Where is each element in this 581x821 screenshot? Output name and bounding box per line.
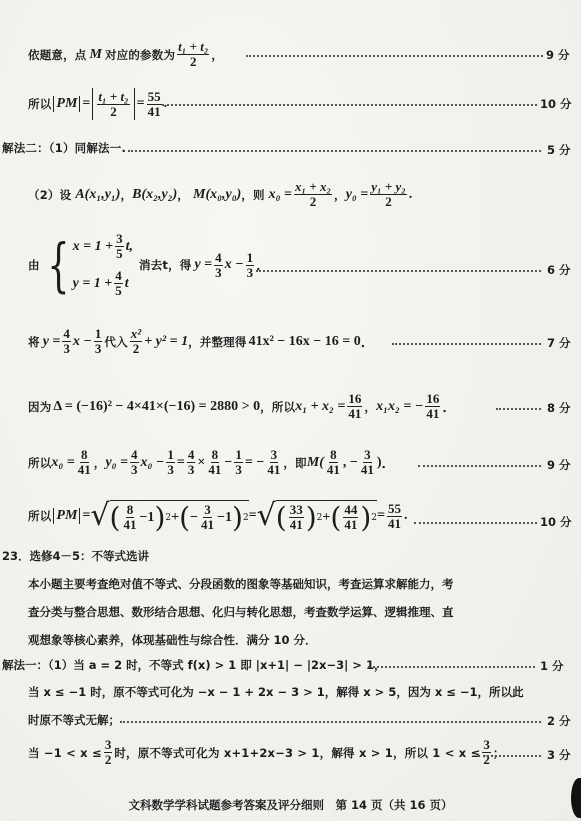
equation-system: x = 1 +35t, y = 1 +45t bbox=[73, 232, 133, 298]
point-M: M( bbox=[307, 455, 324, 471]
line-set-points: （2）设 A(x₁,y₁) ， B(x₂,y₂) ， M(x₀,y₀) ，则 x… bbox=[28, 180, 412, 209]
text: ，并整理得 bbox=[188, 334, 247, 350]
punct: . bbox=[409, 187, 413, 203]
line-substitute: 将 y = 43 x − 13 代入 x²2 + y² = 1 ，并整理得 41… bbox=[28, 327, 375, 356]
punct: ． bbox=[256, 255, 270, 275]
punct: ， bbox=[334, 187, 346, 203]
eq2-tail: t bbox=[125, 276, 129, 292]
dot-leader bbox=[478, 755, 541, 757]
score-label: 9 分 bbox=[547, 457, 571, 473]
eq2-lhs: y = 1 + bbox=[73, 276, 113, 292]
punct: ， bbox=[211, 47, 223, 63]
dot-leader bbox=[392, 343, 541, 345]
answer-key-page: 依题意，点 M 对应的参数为 t₁ + t₂2 ， 9 分 所以 PM = t₁… bbox=[0, 0, 581, 821]
score-label: 2 分 bbox=[547, 713, 571, 729]
equals: = bbox=[82, 508, 90, 524]
section-23-intro-1: 本小题主要考查绝对值不等式、分段函数的图象等基础知识，考查运算求解能力，考 bbox=[28, 576, 454, 592]
abs-PM: PM bbox=[53, 96, 80, 112]
text: 解法二：（1）同解法一. bbox=[2, 140, 126, 156]
eq1-tail: t, bbox=[126, 239, 133, 255]
text: 依题意，点 bbox=[28, 47, 87, 63]
text: （2）设 bbox=[28, 187, 71, 203]
line-PM-2: 所以 PM = √ (841−1)2 + (−341−1)2 = √ (3341… bbox=[28, 500, 407, 532]
dot-leader bbox=[368, 666, 535, 668]
text: 时，原不等式可化为 x+1+2x−3 > 1，解得 x > 1，所以 1 < x… bbox=[114, 745, 480, 761]
equals: = − bbox=[245, 455, 264, 471]
line-param-M: 依题意，点 M 对应的参数为 t₁ + t₂2 ， bbox=[28, 40, 223, 69]
abs-fraction: t₁ + t₂2 bbox=[92, 88, 134, 120]
line-midpoint: 所以 x₀ = 841 ， y₀ = 43 x₀ − 13 = 43 × 841… bbox=[28, 448, 396, 477]
punct: . bbox=[404, 508, 408, 524]
score-label: 10 分 bbox=[540, 96, 572, 112]
quadratic: 41x² − 16x − 16 = 0 bbox=[249, 334, 361, 350]
score-label: 8 分 bbox=[547, 400, 571, 416]
text: 对应的参数为 bbox=[105, 47, 175, 63]
dot-leader bbox=[128, 150, 541, 152]
fraction: t₁ + t₂2 bbox=[177, 40, 209, 69]
punct: ． bbox=[442, 397, 456, 417]
var-M: M bbox=[90, 47, 102, 63]
score-label: 3 分 bbox=[547, 747, 571, 763]
lhs: y = bbox=[194, 257, 212, 273]
score-label: 7 分 bbox=[547, 335, 571, 351]
equals: = bbox=[377, 508, 385, 524]
var-x0: x₀ = bbox=[51, 455, 74, 471]
dot-leader bbox=[414, 522, 537, 524]
solution1-line1: 解法一：（1）当 a = 2 时，不等式 f(x) > 1 即 |x+1| − … bbox=[2, 657, 385, 673]
dot-leader bbox=[120, 721, 541, 723]
dot-leader bbox=[162, 104, 537, 106]
section-23-intro-3: 观想象等核心素养，体现基础性与综合性．满分 10 分． bbox=[28, 632, 317, 648]
punct: ； bbox=[493, 745, 505, 761]
section-23-intro-2: 查分类与整合思想、数形结合思想、化归与转化思想，考查数学运算、逻辑推理、直 bbox=[28, 604, 454, 620]
lhs: y = bbox=[43, 334, 61, 350]
dot-leader bbox=[418, 465, 541, 467]
var-x0: x₀ = bbox=[269, 187, 292, 203]
text: 将 bbox=[28, 334, 40, 350]
line-discriminant: 因为 Δ = (−16)² − 4×41×(−16) = 2880 > 0 ，所… bbox=[28, 392, 456, 421]
sqrt-1: √ (841−1)2 + (−341−1)2 bbox=[90, 500, 248, 532]
point-M: M(x₀,y₀) bbox=[193, 187, 241, 203]
page-footer: 文科数学学科试题参考答案及评分细则 第 14 页（共 16 页） bbox=[0, 797, 581, 813]
section-23-heading: 23．选修4－5：不等式选讲 bbox=[2, 548, 149, 564]
var-x: x − bbox=[73, 334, 92, 350]
text: 所以 bbox=[28, 508, 51, 524]
text: 因为 bbox=[28, 399, 51, 415]
text: 消去t，得 bbox=[139, 257, 192, 273]
punct: ， bbox=[177, 187, 189, 203]
scan-smudge bbox=[571, 778, 581, 818]
text: 所以 bbox=[28, 455, 51, 471]
term: x₀ − bbox=[141, 455, 165, 471]
left-brace: { bbox=[47, 236, 69, 294]
abs-PM: PM bbox=[53, 508, 80, 524]
solution1-line4: 当 −1 < x ≤ 32 时，原不等式可化为 x+1+2x−3 > 1，解得 … bbox=[28, 738, 505, 767]
sum-roots: x₁ + x₂ = bbox=[295, 399, 345, 415]
score-label: 10 分 bbox=[540, 514, 572, 530]
equals: = bbox=[137, 96, 145, 112]
punct: ， bbox=[364, 399, 376, 415]
solution1-line3: 时原不等式无解； bbox=[28, 712, 120, 728]
punct: ． bbox=[361, 332, 375, 352]
sqrt-2: √ (3341)2 + (4441)2 bbox=[257, 500, 377, 532]
text: 由 bbox=[28, 257, 40, 273]
line-eliminate-t: 由 { x = 1 +35t, y = 1 +45t 消去t，得 y = 43 … bbox=[28, 232, 270, 298]
punct: ． bbox=[382, 453, 396, 473]
score-label: 1 分 bbox=[540, 658, 564, 674]
punct: ， bbox=[120, 187, 132, 203]
equals: = bbox=[82, 96, 90, 112]
fraction: 5541 bbox=[147, 90, 162, 119]
var-x: x − bbox=[225, 257, 244, 273]
solution1-line2: 当 x ≤ −1 时，原不等式可化为 −x − 1 + 2x − 3 > 1，解… bbox=[28, 684, 524, 700]
dot-leader bbox=[256, 270, 541, 272]
line-solution2-part1: 解法二：（1）同解法一. bbox=[2, 140, 126, 156]
product-roots: x₁x₂ = − bbox=[376, 399, 423, 415]
times: × bbox=[197, 455, 205, 471]
eq1-lhs: x = 1 + bbox=[73, 239, 113, 255]
punct: ， bbox=[94, 455, 106, 471]
text: ，所以 bbox=[260, 399, 295, 415]
score-label: 5 分 bbox=[547, 142, 571, 158]
var-y0: y₀ = bbox=[105, 455, 128, 471]
minus: − bbox=[224, 455, 232, 471]
ellipse-eq: + y² = 1 bbox=[144, 334, 188, 350]
punct: , − bbox=[343, 455, 358, 471]
var-y0: y₀ = bbox=[346, 187, 369, 203]
equals: = bbox=[249, 508, 257, 524]
dot-leader bbox=[246, 55, 543, 57]
fraction: x₁ + x₂2 bbox=[294, 180, 332, 209]
equals: = bbox=[177, 455, 185, 471]
line-PM-1: 所以 PM = t₁ + t₂2 = 5541 . bbox=[28, 88, 167, 120]
point-B: B(x₂,y₂) bbox=[132, 187, 177, 203]
score-label: 6 分 bbox=[547, 262, 571, 278]
discriminant: Δ = (−16)² − 4×41×(−16) = 2880 > 0 bbox=[53, 399, 260, 415]
text: 所以 bbox=[28, 96, 51, 112]
text: 代入 bbox=[104, 334, 127, 350]
text: ，则 bbox=[241, 187, 264, 203]
text: 当 −1 < x ≤ bbox=[28, 745, 102, 761]
fraction: y₁ + y₂2 bbox=[370, 180, 407, 209]
text: ，即 bbox=[283, 455, 306, 471]
score-label: 9 分 bbox=[546, 47, 570, 63]
dot-leader bbox=[496, 408, 541, 410]
point-A: A(x₁,y₁) bbox=[75, 187, 120, 203]
